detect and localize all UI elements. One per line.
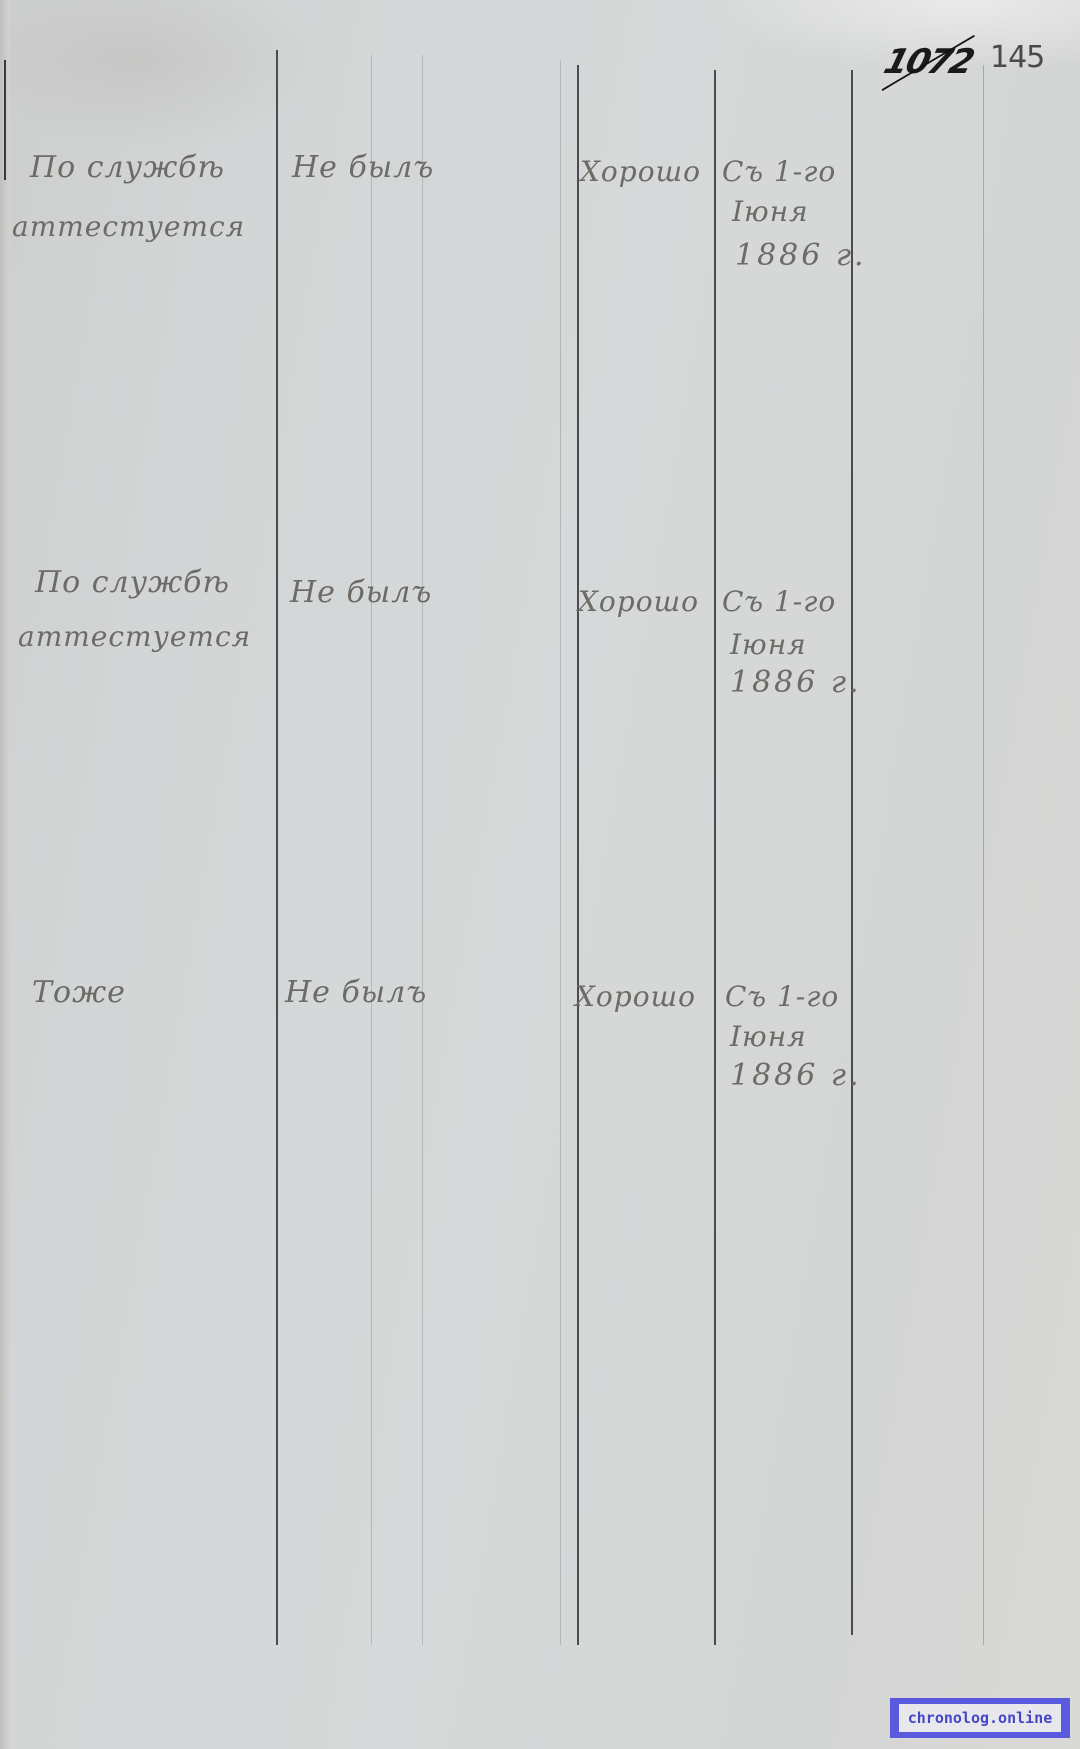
watermark-text: chronolog.online [899, 1704, 1061, 1732]
row1-col2: Не былъ [292, 150, 434, 185]
paper-stain [10, 0, 330, 150]
archival-document-page: 1072 145 По службѣ аттестуется Не былъ Х… [0, 0, 1080, 1749]
row3-col2: Не былъ [285, 975, 427, 1010]
row2-col3: Хорошо [578, 585, 699, 618]
row1-service-line2: аттестуется [12, 210, 245, 243]
row2-service-line1: По службѣ [35, 565, 230, 600]
column-divider-3 [714, 70, 716, 1645]
column-divider-2 [577, 65, 579, 1645]
row1-service-line1: По службѣ [30, 150, 225, 185]
row2-service-line2: аттестуется [18, 620, 251, 653]
column-guide-faint [560, 60, 561, 1645]
row3-date-line2: Іюня [730, 1020, 807, 1053]
row2-col2: Не былъ [290, 575, 432, 610]
row1-col3: Хорошо [580, 155, 701, 188]
binding-line [4, 60, 6, 180]
watermark-badge: chronolog.online [890, 1698, 1070, 1738]
row1-date-line1: Съ 1-го [722, 155, 836, 188]
row2-date-line2: Іюня [730, 628, 807, 661]
column-divider-1 [276, 50, 278, 1645]
row1-date-line3: 1886 г. [735, 238, 867, 273]
column-guide-faint [371, 55, 372, 1645]
row2-date-line3: 1886 г. [730, 665, 862, 700]
row3-col3: Хорошо [575, 980, 696, 1013]
column-guide-faint [422, 55, 423, 1645]
page-number: 145 [990, 40, 1044, 75]
row2-date-line1: Съ 1-го [722, 585, 836, 618]
row3-date-line3: 1886 г. [730, 1058, 862, 1093]
column-divider-5 [983, 65, 984, 1645]
struck-page-number: 1072 [880, 42, 977, 82]
column-divider-4 [851, 70, 853, 1635]
row1-date-line2: Іюня [732, 195, 809, 228]
row3-service: Тоже [32, 975, 126, 1010]
row3-date-line1: Съ 1-го [725, 980, 839, 1013]
page-binding-edge [0, 0, 10, 1749]
